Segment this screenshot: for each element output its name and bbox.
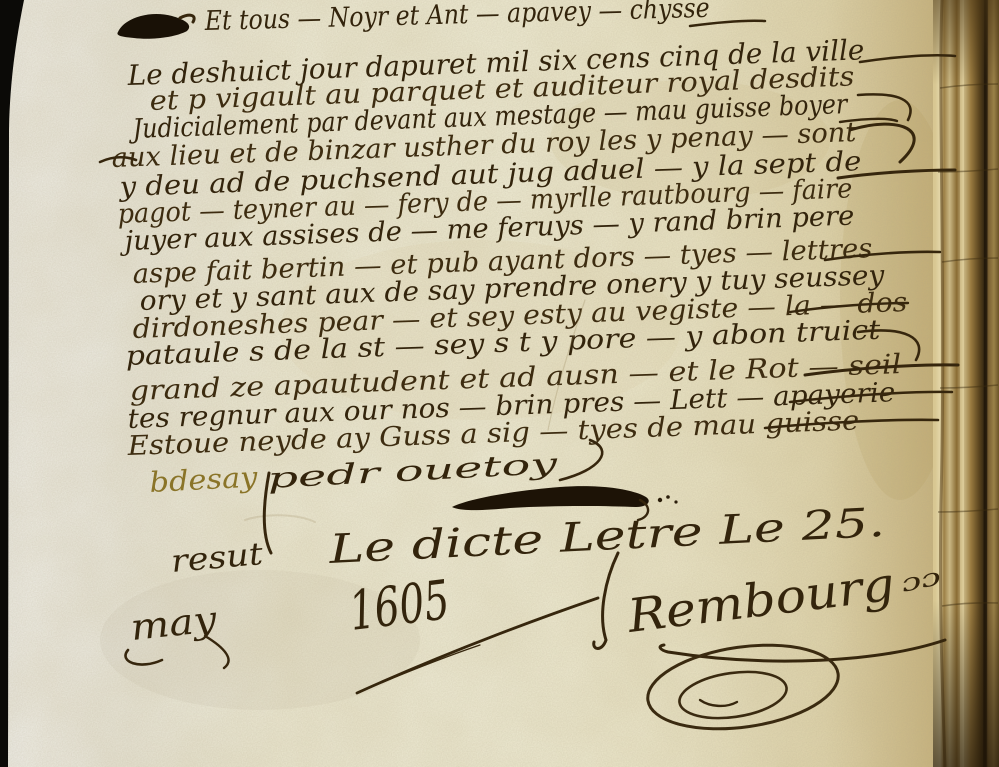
ink-spatter	[658, 498, 662, 502]
manuscript-scan: Et tous — Noyr et Ant — apavey — chysse …	[0, 0, 999, 767]
fore-edge-top-shadow	[933, 0, 999, 85]
manuscript-line-overwritten-word: bdesay	[149, 460, 260, 499]
year-1605: 1605	[346, 568, 453, 643]
book-fore-edge	[933, 0, 999, 767]
fore-edge-bottom-shadow	[933, 600, 999, 767]
ink-spatter	[666, 495, 670, 499]
ink-spatter	[674, 500, 677, 503]
manuscript-page: Et tous — Noyr et Ant — apavey — chysse …	[0, 0, 999, 767]
